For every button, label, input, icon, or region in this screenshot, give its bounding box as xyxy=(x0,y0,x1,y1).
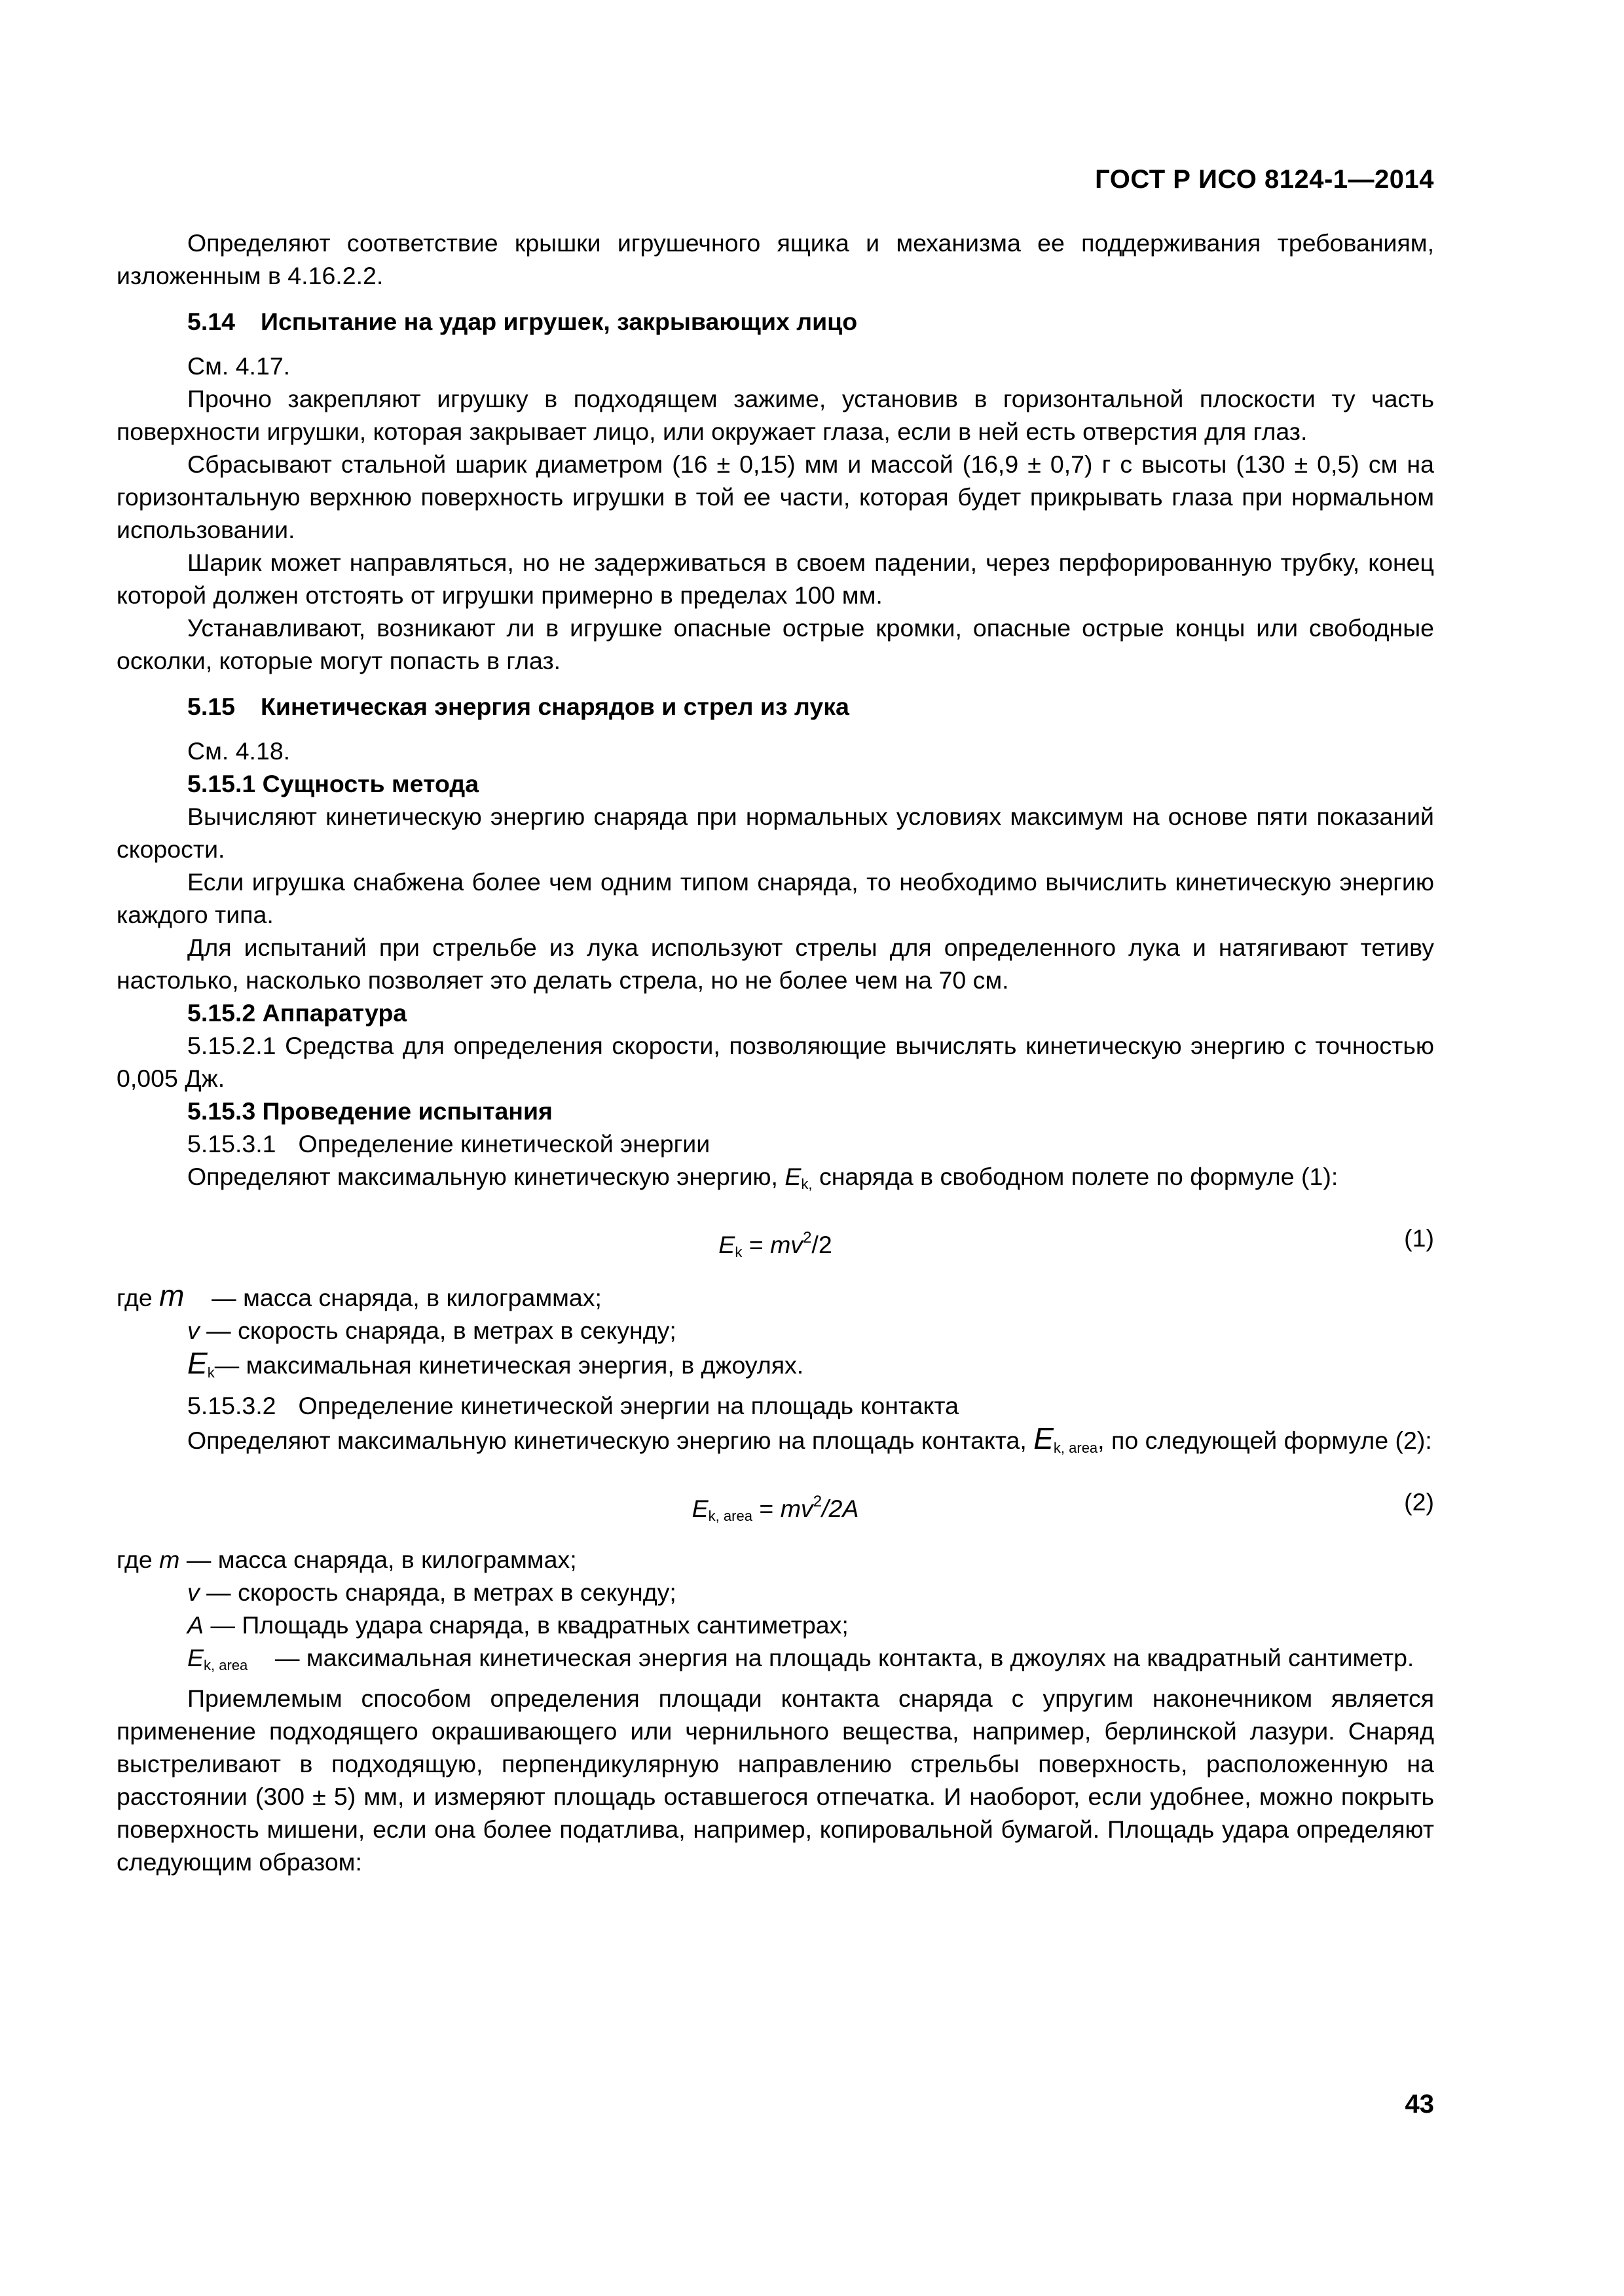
formula-expression: Ek = mv2/2 xyxy=(117,1222,1434,1269)
clause-5-15-3-2-heading: 5.15.3.2Определение кинетической энергии… xyxy=(117,1389,1434,1422)
variable: E xyxy=(784,1163,801,1190)
body-paragraph: Устанавливают, возникают ли в игрушке оп… xyxy=(117,611,1434,677)
standard-header: ГОСТ Р ИСО 8124-1—2014 xyxy=(1095,165,1434,194)
page-content: Определяют соответствие крышки игрушечно… xyxy=(117,227,1434,1878)
equation-number: (1) xyxy=(1404,1222,1434,1254)
body-paragraph: 5.15.2.1 Средства для определения скорос… xyxy=(117,1029,1434,1095)
body-paragraph: Прочно закрепляют игрушку в подходящем з… xyxy=(117,382,1434,448)
equation-number: (2) xyxy=(1404,1485,1434,1518)
clause-number: 5.15.3.1 xyxy=(187,1130,276,1157)
body-paragraph: Определяют максимальную кинетическую эне… xyxy=(117,1160,1434,1201)
body-paragraph: Вычисляют кинетическую энергию снаряда п… xyxy=(117,800,1434,866)
reference-paragraph: См. 4.17. xyxy=(117,350,1434,382)
body-paragraph: Для испытаний при стрельбе из лука испол… xyxy=(117,931,1434,996)
legend-item: где m — масса снаряда, в килограммах; xyxy=(117,1279,1434,1314)
body-paragraph: Определяют максимальную кинетическую эне… xyxy=(117,1422,1434,1465)
legend-item: A — Площадь удара снаряда, в квадратных … xyxy=(117,1609,1434,1641)
body-paragraph: Шарик может направляться, но не задержив… xyxy=(117,546,1434,611)
clause-5-15-3-1-heading: 5.15.3.1Определение кинетической энергии xyxy=(117,1127,1434,1160)
legend-item: v — скорость снаряда, в метрах в секунду… xyxy=(117,1314,1434,1347)
clause-title: Определение кинетической энергии на площ… xyxy=(299,1392,959,1419)
clause-number: 5.15.3.2 xyxy=(187,1392,276,1419)
formula-2: Ek, area = mv2/2A (2) xyxy=(117,1485,1434,1518)
formula-expression: Ek, area = mv2/2A xyxy=(117,1485,1434,1533)
page-number: 43 xyxy=(1405,2090,1435,2119)
section-number: 5.15 xyxy=(187,690,261,723)
formula-1: Ek = mv2/2 (1) xyxy=(117,1222,1434,1254)
section-title: Кинетическая энергия снарядов и стрел из… xyxy=(261,693,849,720)
formula-2-legend: где m — масса снаряда, в килограммах; v … xyxy=(117,1543,1434,1682)
legend-item: v — скорость снаряда, в метрах в секунду… xyxy=(117,1576,1434,1609)
section-5-15-heading: 5.15Кинетическая энергия снарядов и стре… xyxy=(117,690,1434,723)
legend-item: Ek— максимальная кинетическая энергия, в… xyxy=(117,1347,1434,1389)
legend-item: где m — масса снаряда, в килограммах; xyxy=(117,1543,1434,1576)
formula-1-legend: где m — масса снаряда, в килограммах; v … xyxy=(117,1279,1434,1389)
variable: E xyxy=(1033,1421,1054,1455)
body-paragraph: Если игрушка снабжена более чем одним ти… xyxy=(117,866,1434,931)
subsection-5-15-1-heading: 5.15.1 Сущность метода xyxy=(117,767,1434,800)
clause-title: Определение кинетической энергии xyxy=(299,1130,710,1157)
section-5-14-heading: 5.14Испытание на удар игрушек, закрывающ… xyxy=(117,305,1434,338)
intro-paragraph: Определяют соответствие крышки игрушечно… xyxy=(117,227,1434,292)
body-paragraph: Приемлемым способом определения площади … xyxy=(117,1682,1434,1878)
subsection-5-15-2-heading: 5.15.2 Аппаратура xyxy=(117,996,1434,1029)
legend-item: Ek, area — максимальная кинетическая эне… xyxy=(117,1641,1434,1682)
reference-paragraph: См. 4.18. xyxy=(117,735,1434,767)
section-title: Испытание на удар игрушек, закрывающих л… xyxy=(261,308,857,335)
subsection-5-15-3-heading: 5.15.3 Проведение испытания xyxy=(117,1095,1434,1127)
section-number: 5.14 xyxy=(187,305,261,338)
body-paragraph: Сбрасывают стальной шарик диаметром (16 … xyxy=(117,448,1434,546)
